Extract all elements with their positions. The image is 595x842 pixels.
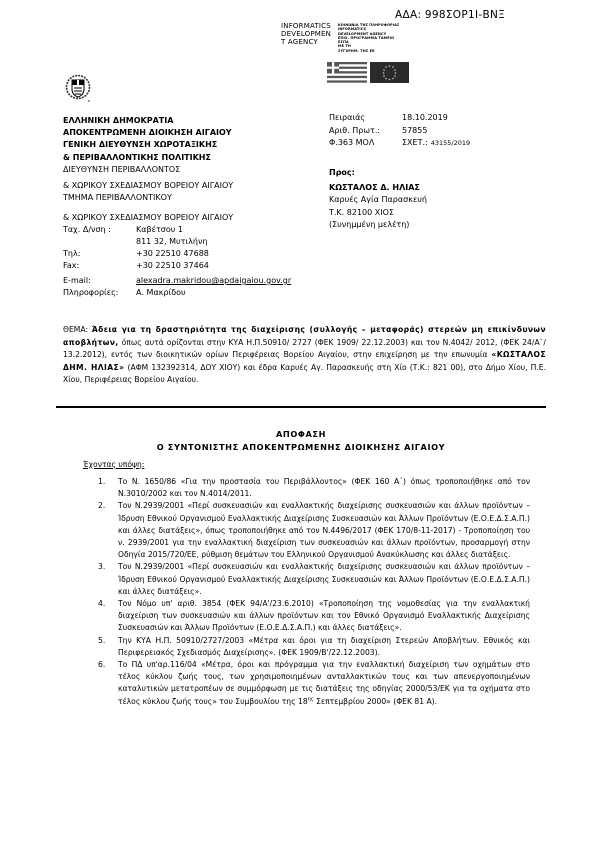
agency-small-text: ΚΟΙΝΩΝΙΑ ΤΗΣ ΠΛΗΡΟΦΟΡΙΑΣ INFORMATICS DEV…	[338, 23, 399, 53]
place: Πειραιάς	[329, 112, 402, 125]
date-row: Πειραιάς 18.10.2019	[329, 112, 470, 125]
item-number: 6.	[98, 659, 105, 671]
decision-subtitle: Ο ΣΥΝΤΟΝΙΣΤΗΣ ΑΠΟΚΕΝΤΡΩΜΕΝΗΣ ΔΙΟΙΚΗΣΗΣ Α…	[56, 441, 546, 454]
having-regard-label: Έχοντας υπόψη:	[83, 460, 144, 469]
info-row: Πληροφορίες: Α. Μακρίδου	[63, 287, 291, 299]
phone-row: Τηλ: +30 22510 47688	[63, 248, 291, 260]
subject-text: όπως αυτά ορίζονται στην ΚΥΑ Η.Π.50910/ …	[63, 338, 546, 360]
list-item: 6.Το ΠΔ υπ'αρ.116/04 «Μέτρα, όροι και πρ…	[98, 659, 530, 708]
fax-row: Fax: +30 22510 37464	[63, 260, 291, 272]
recipient-name: ΚΩΣΤΑΛΟΣ Δ. ΗΛΙΑΣ	[329, 182, 427, 195]
list-item: 3.Τον Ν.2939/2001 «Περί συσκευασιών και …	[98, 561, 530, 598]
item-text: Το Ν. 1650/86 «Για την προστασία του Περ…	[118, 477, 530, 498]
org-line: & ΧΩΡΙΚΟΥ ΣΧΕΔΙΑΣΜΟΥ ΒΟΡΕΙΟΥ ΑΙΓΑΙΟΥ	[63, 180, 233, 192]
recipient-block: Προς: ΚΩΣΤΑΛΟΣ Δ. ΗΛΙΑΣ Καρυές Αγία Παρα…	[329, 167, 427, 232]
address-city: 811 32, Μυτιλήνη	[136, 236, 207, 248]
protocol-number: 57855	[402, 125, 427, 138]
related-number: 43155/2019	[431, 137, 470, 150]
agency-line: T AGENCY	[281, 38, 331, 46]
item-text: Τον Νόμο υπ' αριθ. 3854 (ΦΕΚ 94/Α'/23.6.…	[118, 599, 530, 632]
org-line: ΑΠΟΚΕΝΤΡΩΜΕΝΗ ΔΙΟΙΚΗΣΗ ΑΙΓΑΙΟΥ	[63, 127, 233, 139]
list-item: 5.Την ΚΥΑ Η.Π. 50910/2727/2003 «Μέτρα κα…	[98, 635, 530, 659]
file-code: Φ.363 ΜΟΛ	[329, 137, 402, 150]
decision-title: ΑΠΟΦΑΣΗ	[56, 428, 546, 441]
greek-coat-of-arms-icon	[65, 74, 91, 104]
greek-flag-icon	[327, 62, 367, 83]
file-row: Φ.363 ΜΟΛ ΣΧΕΤ.: 43155/2019	[329, 137, 470, 150]
email-label: E-mail:	[63, 275, 136, 287]
date: 18.10.2019	[402, 112, 448, 125]
agency-line: INFORMATICS	[281, 22, 331, 30]
email-link[interactable]: alexadra.makridou@apdaigaiou.gov.gr	[136, 275, 291, 287]
agency-small-line: ΣΥΓΧΡΗΜ. ΤΗΣ ΕΕ	[338, 49, 399, 53]
recipient-address: Καρυές Αγία Παρασκευή	[329, 194, 427, 207]
info-label: Πληροφορίες:	[63, 287, 136, 299]
list-item: 4.Τον Νόμο υπ' αριθ. 3854 (ΦΕΚ 94/Α'/23.…	[98, 598, 530, 635]
email-row: E-mail: alexadra.makridou@apdaigaiou.gov…	[63, 275, 291, 287]
agency-line: DEVELOPMEN	[281, 30, 331, 38]
item-number: 2.	[98, 500, 105, 512]
phone-value: +30 22510 47688	[136, 248, 209, 260]
address-label: Ταχ. Δ/νση :	[63, 224, 136, 236]
document-meta: Πειραιάς 18.10.2019 Αριθ. Πρωτ.: 57855 Φ…	[329, 112, 470, 150]
item-number: 3.	[98, 561, 105, 573]
fax-label: Fax:	[63, 260, 136, 272]
info-value: Α. Μακρίδου	[136, 287, 186, 299]
org-line: ΕΛΛΗΝΙΚΗ ΔΗΜΟΚΡΑΤΙΑ	[63, 115, 233, 127]
org-line: & ΧΩΡΙΚΟΥ ΣΧΕΔΙΑΣΜΟΥ ΒΟΡΕΙΟΥ ΑΙΓΑΙΟΥ	[63, 212, 291, 224]
subject-paragraph: ΘΕΜΑ: Άδεια για τη δραστηριότητα της δια…	[63, 324, 546, 387]
recipient-note: (Συνημμένη μελέτη)	[329, 219, 427, 232]
fax-value: +30 22510 37464	[136, 260, 209, 272]
recipient-label: Προς:	[329, 167, 427, 180]
item-number: 4.	[98, 598, 105, 610]
address-value: Καβέτσου 1	[136, 224, 183, 236]
item-text: Την ΚΥΑ Η.Π. 50910/2727/2003 «Μέτρα και …	[118, 636, 530, 657]
issuing-authority: ΕΛΛΗΝΙΚΗ ΔΗΜΟΚΡΑΤΙΑ ΑΠΟΚΕΝΤΡΩΜΕΝΗ ΔΙΟΙΚΗ…	[63, 115, 233, 204]
related-label: ΣΧΕΤ.:	[402, 137, 428, 150]
contact-block: & ΧΩΡΙΚΟΥ ΣΧΕΔΙΑΣΜΟΥ ΒΟΡΕΙΟΥ ΑΙΓΑΙΟΥ Ταχ…	[63, 212, 291, 299]
list-item: 2.Τον Ν.2939/2001 «Περί συσκευασιών και …	[98, 500, 530, 561]
subject-text-end: (ΑΦΜ 132392314, ΔΟΥ ΧΙΟΥ) και έδρα Καρυέ…	[63, 363, 546, 385]
decision-heading: ΑΠΟΦΑΣΗ Ο ΣΥΝΤΟΝΙΣΤΗΣ ΑΠΟΚΕΝΤΡΩΜΕΝΗΣ ΔΙΟ…	[56, 428, 546, 454]
address-row: Ταχ. Δ/νση : Καβέτσου 1	[63, 224, 291, 236]
considerations-list: 1.Το Ν. 1650/86 «Για την προστασία του Π…	[98, 476, 530, 708]
divider	[56, 406, 546, 408]
item-text: Τον Ν.2939/2001 «Περί συσκευασιών και εν…	[118, 501, 530, 559]
list-item: 1.Το Ν. 1650/86 «Για την προστασία του Π…	[98, 476, 530, 500]
recipient-postal: Τ.Κ. 82100 ΧΙΟΣ	[329, 207, 427, 220]
address-row-2: 811 32, Μυτιλήνη	[63, 236, 291, 248]
phone-label: Τηλ:	[63, 248, 136, 260]
item-text: Τον Ν.2939/2001 «Περί συσκευασιών και εν…	[118, 562, 530, 595]
eu-flag-icon	[370, 62, 409, 83]
org-line: & ΠΕΡΙΒΑΛΛΟΝΤΙΚΗΣ ΠΟΛΙΤΙΚΗΣ	[63, 152, 233, 164]
agency-logo-text: INFORMATICS DEVELOPMEN T AGENCY	[281, 22, 331, 46]
protocol-row: Αριθ. Πρωτ.: 57855	[329, 125, 470, 138]
item-number: 1.	[98, 476, 105, 488]
org-line: ΓΕΝΙΚΗ ΔΙΕΥΘΥΝΣΗ ΧΩΡΟΤΑΞΙΚΗΣ	[63, 139, 233, 151]
ada-code: ΑΔΑ: 998ΣΟΡ1Ι-ΒΝΞ	[395, 9, 505, 21]
protocol-label: Αριθ. Πρωτ.:	[329, 125, 402, 138]
subject-label: ΘΕΜΑ:	[63, 325, 92, 334]
org-line: ΤΜΗΜΑ ΠΕΡΙΒΑΛΛΟΝΤΙΚΟΥ	[63, 192, 233, 204]
org-line: ΔΙΕΥΘΥΝΣΗ ΠΕΡΙΒΑΛΛΟΝΤΟΣ	[63, 164, 233, 176]
item-number: 5.	[98, 635, 105, 647]
item-text-end: Σεπτεμβρίου 2000» (ΦΕΚ 81 Α).	[314, 697, 437, 706]
